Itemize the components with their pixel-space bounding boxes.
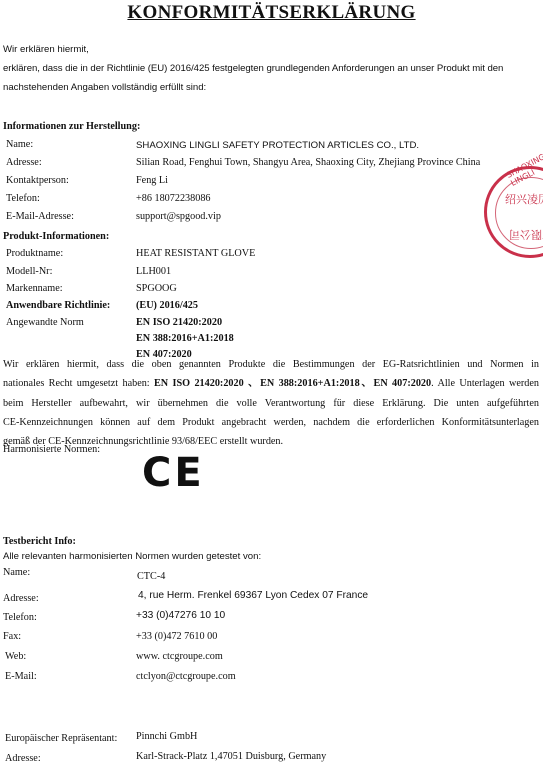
declaration-paragraph: Wir erklären hiermit, dass die oben gena… [3, 355, 539, 451]
model-label: Modell-Nr: [6, 266, 52, 277]
brand-value: SPGOOG [136, 283, 177, 294]
applied-norm-value-2: EN 388:2016+A1:2018 [136, 333, 234, 344]
document-title: KONFORMITÄTSERKLÄRUNG [0, 2, 543, 24]
lab-name-value: CTC-4 [137, 571, 165, 582]
lab-web-label: Web: [5, 651, 26, 662]
declaration-line-1: Wir erklären hiermit, dass die oben gena… [3, 355, 539, 374]
test-report-subheading: Alle relevanten harmonisierten Normen wu… [3, 551, 261, 562]
product-name-label: Produktname: [6, 248, 63, 259]
mfr-name-value: SHAOXING LINGLI SAFETY PROTECTION ARTICL… [136, 140, 419, 151]
directive-label: Anwendbare Richtlinie: [6, 300, 110, 311]
company-seal-stamp: SHAOXING LINGLI 绍兴凌厉 有限公司 [484, 166, 543, 258]
harmonized-norms-label: Harmonisierte Normen: [3, 444, 100, 455]
product-heading: Produkt-Informationen: [3, 231, 109, 242]
seal-text-middle: 绍兴凌厉 [505, 191, 543, 207]
intro-line-3: nachstehenden Angaben vollständig erfüll… [3, 82, 206, 93]
declaration-line-3: beim Hersteller aufbewahrt, wir übernehm… [3, 394, 539, 413]
lab-phone-label: Telefon: [3, 612, 37, 623]
lab-name-label: Name: [3, 567, 30, 578]
intro-line-2: erklären, dass die in der Richtlinie (EU… [3, 63, 503, 74]
mfr-phone-value: +86 18072238086 [136, 193, 211, 204]
mfr-address-label: Adresse: [6, 157, 42, 168]
mfr-contact-value: Feng Li [136, 175, 168, 186]
lab-phone-value: +33 (0)47276 10 10 [136, 610, 225, 621]
mfr-address-value: Silian Road, Fenghui Town, Shangyu Area,… [136, 157, 480, 168]
eu-rep-label: Europäischer Repräsentant: [5, 733, 117, 744]
applied-norm-label: Angewandte Norm [6, 317, 84, 328]
declaration-line-4: CE-Kennzeichnungen können auf dem Produk… [3, 413, 539, 432]
manufacturer-heading: Informationen zur Herstellung: [3, 121, 140, 132]
ce-mark-icon: CE [142, 450, 205, 496]
mfr-email-label: E-Mail-Adresse: [6, 211, 74, 222]
directive-value: (EU) 2016/425 [136, 300, 198, 311]
mfr-email-value[interactable]: support@spgood.vip [136, 211, 221, 222]
intro-line-1: Wir erklären hiermit, [3, 44, 89, 55]
lab-address-value: 4, rue Herm. Frenkel 69367 Lyon Cedex 07… [138, 590, 368, 601]
declaration-line-2a: nationales Recht umgesetzt haben: [3, 378, 154, 389]
declaration-line-2: nationales Recht umgesetzt haben: EN ISO… [3, 374, 539, 393]
lab-fax-label: Fax: [3, 631, 21, 642]
eu-rep-address-value: Karl-Strack-Platz 1,47051 Duisburg, Germ… [136, 751, 326, 762]
brand-label: Markenname: [6, 283, 63, 294]
lab-fax-value: +33 (0)472 7610 00 [136, 631, 217, 642]
eu-rep-address-label: Adresse: [5, 753, 41, 764]
test-report-heading: Testbericht Info: [3, 536, 76, 547]
mfr-name-label: Name: [6, 139, 33, 150]
lab-email-label: E-Mail: [5, 671, 37, 682]
model-value: LLH001 [136, 266, 171, 277]
mfr-contact-label: Kontaktperson: [6, 175, 69, 186]
product-name-value: HEAT RESISTANT GLOVE [136, 248, 255, 259]
declaration-norms-bold: EN ISO 21420:2020 、EN 388:2016+A1:2018、E… [154, 378, 431, 389]
seal-text-bottom: 有限公司 [509, 227, 543, 243]
lab-address-label: Adresse: [3, 593, 39, 604]
lab-web-value[interactable]: www. ctcgroupe.com [136, 651, 223, 662]
declaration-line-2c: . Alle Unterlagen werden [431, 378, 539, 389]
eu-rep-value: Pinnchi GmbH [136, 731, 197, 742]
lab-email-value[interactable]: ctclyon@ctcgroupe.com [136, 671, 236, 682]
mfr-phone-label: Telefon: [6, 193, 40, 204]
applied-norm-value-1: EN ISO 21420:2020 [136, 317, 222, 328]
